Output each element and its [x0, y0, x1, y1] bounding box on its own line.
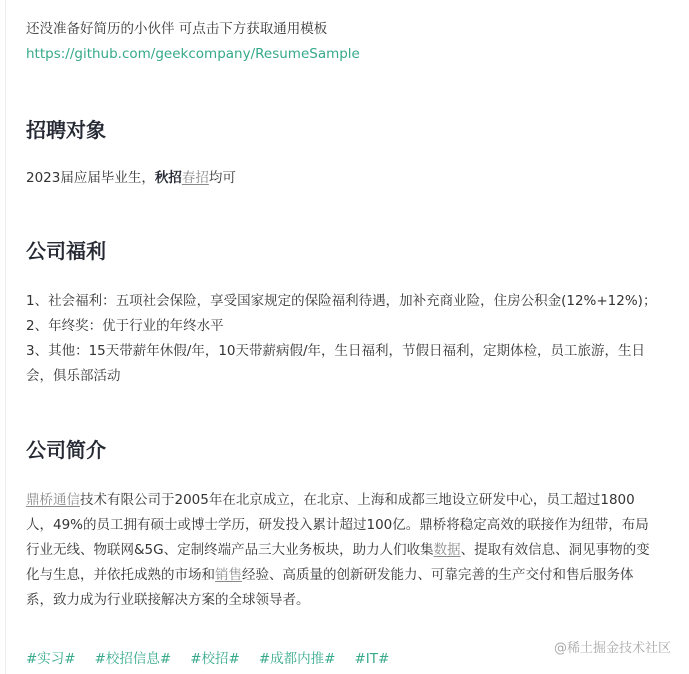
- section-title-about: 公司简介: [26, 436, 106, 464]
- tag-chengdu-referral[interactable]: #成都内推#: [259, 649, 336, 669]
- about-line: 行业无线、物联网&5G、定制终端产品三大业务板块，助力人们收集数据、提取有效信息…: [26, 540, 650, 560]
- about-line: 鼎桥通信技术有限公司于2005年在北京成立，在北京、上海和成都三地设立研发中心，…: [26, 490, 635, 510]
- resume-intro-text: 还没准备好简历的小伙伴 可点击下方获取通用模板: [26, 19, 327, 39]
- section-title-benefits: 公司福利: [26, 237, 106, 265]
- target-prefix: 2023届应届毕业生，: [26, 170, 155, 186]
- about-text: 技术有限公司于2005年在北京成立，在北京、上海和成都三地设立研发中心，员工超过…: [80, 492, 635, 508]
- about-text: 经验、高质量的创新研发能力、可靠完善的生产交付和售后服务体: [242, 567, 634, 583]
- benefit-item-continued: 会，俱乐部活动: [26, 366, 121, 386]
- tag-campus-info[interactable]: #校招信息#: [95, 649, 172, 669]
- sales-link[interactable]: 销售: [215, 567, 242, 583]
- autumn-recruit-bold: 秋招: [155, 170, 182, 186]
- about-text: 行业无线、物联网&5G、定制终端产品三大业务板块，助力人们收集: [26, 542, 434, 558]
- about-text: 化与生息，并依托成熟的市场和: [26, 567, 215, 583]
- resume-template-link[interactable]: https://github.com/geekcompany/ResumeSam…: [26, 44, 360, 64]
- about-line: 化与生息，并依托成熟的市场和销售经验、高质量的创新研发能力、可靠完善的生产交付和…: [26, 565, 634, 585]
- benefit-item: 3、其他：15天带薪年休假/年，10天带薪病假/年，生日福利，节假日福利，定期体…: [26, 341, 645, 361]
- tag-campus-recruit[interactable]: #校招#: [190, 649, 240, 669]
- about-line: 系，致力成为行业联接解决方案的全球领导者。: [26, 590, 310, 610]
- data-link[interactable]: 数据: [434, 542, 461, 558]
- tag-it[interactable]: #IT#: [355, 649, 390, 669]
- tag-list: #实习# #校招信息# #校招# #成都内推# #IT#: [26, 649, 408, 669]
- about-line: 人，49%的员工拥有硕士或博士学历，研发投入累计超过100亿。鼎桥将稳定高效的联…: [26, 515, 649, 535]
- left-border: [5, 0, 6, 674]
- company-name-link[interactable]: 鼎桥通信: [26, 492, 80, 508]
- tag-internship[interactable]: #实习#: [26, 649, 76, 669]
- juejin-watermark: @稀土掘金技术社区: [554, 637, 671, 656]
- about-text: 、提取有效信息、洞见事物的变: [461, 542, 650, 558]
- spring-recruit-link[interactable]: 春招: [182, 170, 209, 186]
- target-suffix: 均可: [209, 170, 236, 186]
- benefit-item: 1、社会福利：五项社会保险，享受国家规定的保险福利待遇，加补充商业险，住房公积金…: [26, 291, 656, 311]
- benefit-item: 2、年终奖：优于行业的年终水平: [26, 316, 224, 336]
- target-paragraph: 2023届应届毕业生，秋招春招均可: [26, 168, 236, 188]
- section-title-target: 招聘对象: [26, 116, 106, 144]
